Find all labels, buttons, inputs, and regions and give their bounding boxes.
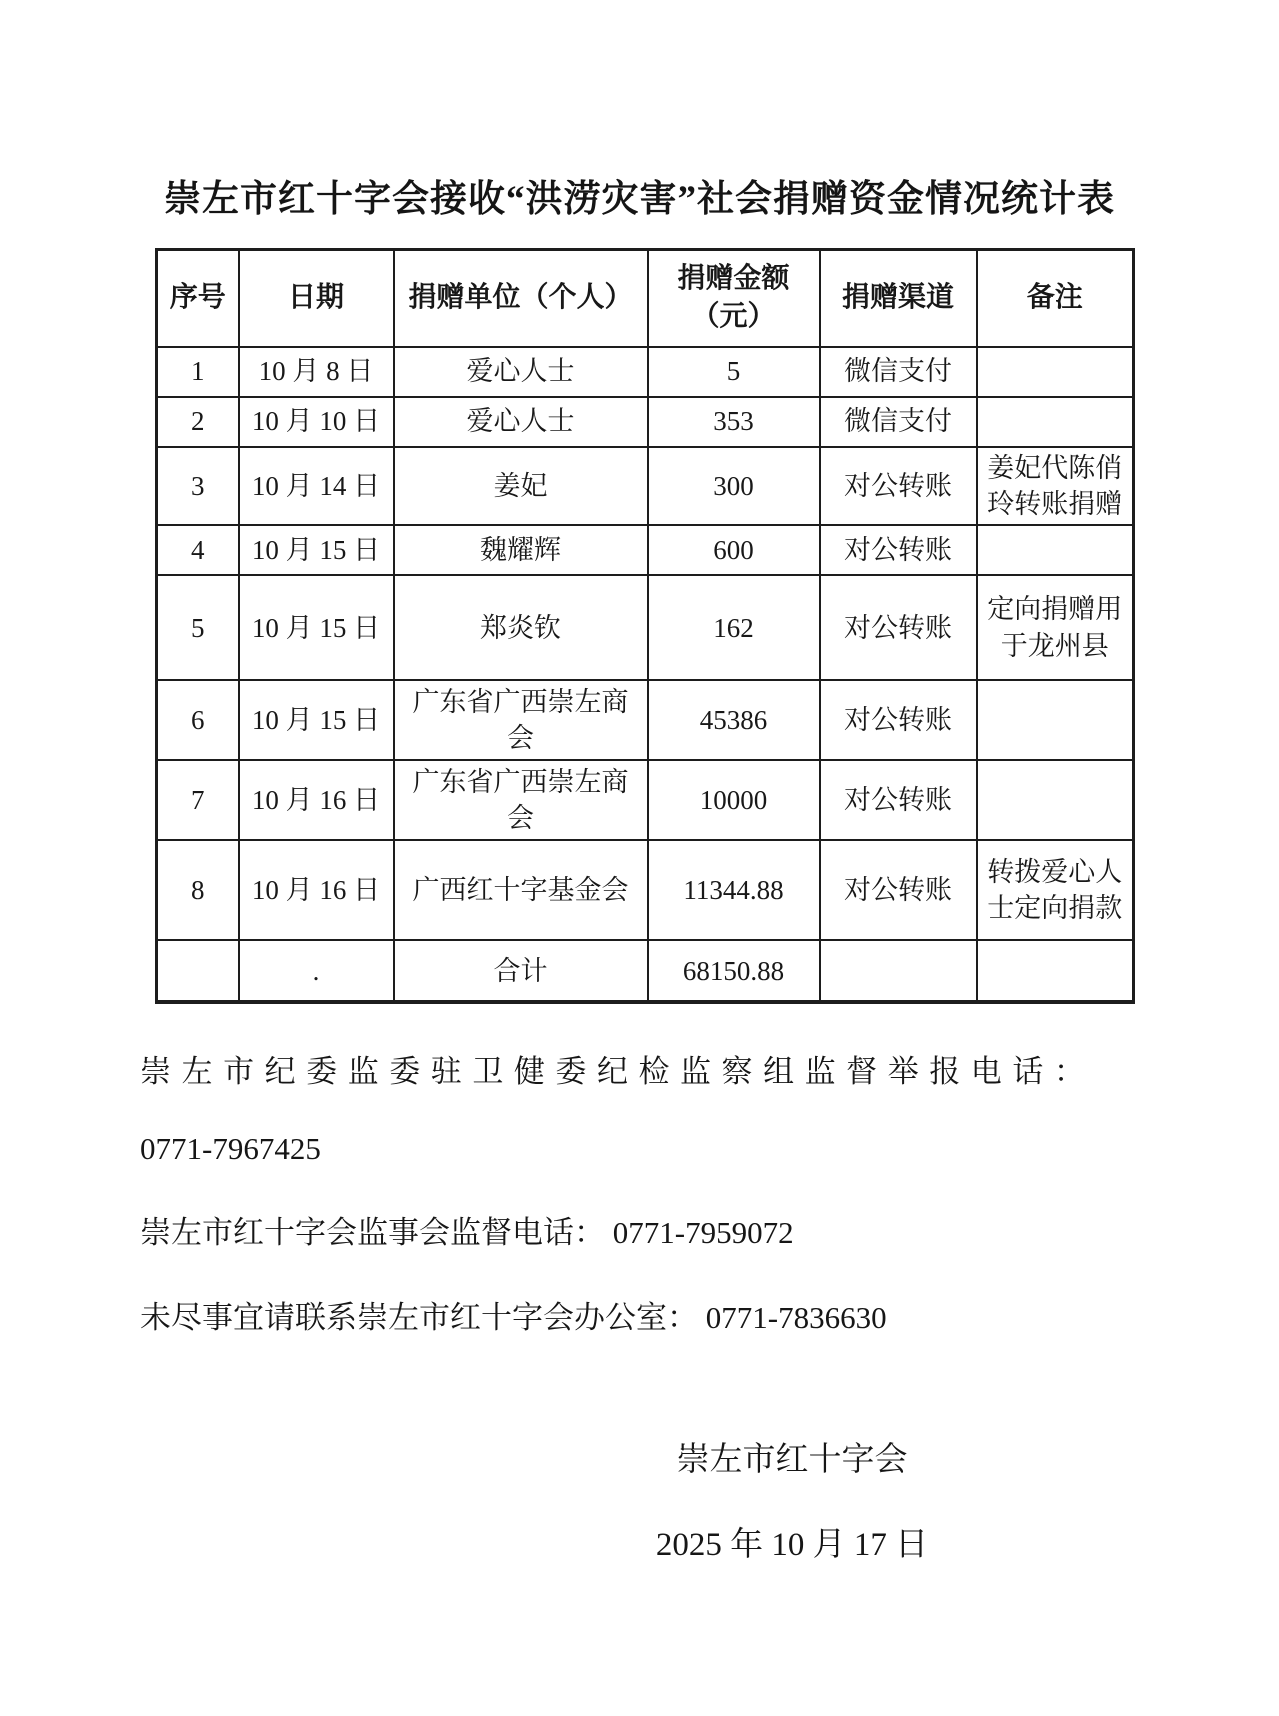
page-title: 崇左市红十字会接收“洪涝灾害”社会捐赠资金情况统计表 — [0, 168, 1279, 222]
signature-date: 2025 年 10 月 17 日 — [512, 1518, 1072, 1565]
table-row: 1 10 月 8 日 爱心人士 5 微信支付 — [157, 347, 1134, 397]
header-channel: 捐赠渠道 — [820, 250, 977, 347]
cell-channel: 对公转账 — [820, 760, 977, 840]
cell-note — [977, 525, 1134, 575]
table-row: 2 10 月 10 日 爱心人士 353 微信支付 — [157, 397, 1134, 447]
table-row: 3 10 月 14 日 姜妃 300 对公转账 姜妃代陈俏玲转账捐赠 — [157, 447, 1134, 526]
cell-note: 定向捐赠用于龙州县 — [977, 575, 1134, 680]
table-row: 8 10 月 16 日 广西红十字基金会 11344.88 对公转账 转拨爱心人… — [157, 840, 1134, 940]
signature-organization: 崇左市红十字会 — [512, 1433, 1072, 1480]
cell-date: 10 月 14 日 — [239, 447, 394, 526]
cell-note — [977, 397, 1134, 447]
cell-no: 4 — [157, 525, 239, 575]
document-page: 崇左市红十字会接收“洪涝灾害”社会捐赠资金情况统计表 序号 日期 捐赠单位（个人… — [0, 0, 1279, 1716]
cell-no — [157, 940, 239, 1002]
cell-amount: 600 — [648, 525, 820, 575]
cell-note — [977, 760, 1134, 840]
supervision-hotline-number: 0771-7967425 — [140, 1131, 1140, 1167]
cell-donor: 广西红十字基金会 — [394, 840, 648, 940]
cell-channel: 对公转账 — [820, 447, 977, 526]
table-row: 5 10 月 15 日 郑炎钦 162 对公转账 定向捐赠用于龙州县 — [157, 575, 1134, 680]
cell-amount: 300 — [648, 447, 820, 526]
cell-donor: 魏耀辉 — [394, 525, 648, 575]
cell-no: 5 — [157, 575, 239, 680]
total-label: 合计 — [394, 940, 648, 1002]
cell-no: 8 — [157, 840, 239, 940]
cell-channel: 对公转账 — [820, 840, 977, 940]
office-contact-phone: 未尽事宜请联系崇左市红十字会办公室： 0771-7836630 — [140, 1292, 1140, 1337]
cell-channel: 微信支付 — [820, 347, 977, 397]
cell-date: 10 月 8 日 — [239, 347, 394, 397]
header-donor: 捐赠单位（个人） — [394, 250, 648, 347]
donation-table-container: 序号 日期 捐赠单位（个人） 捐赠金额 （元） 捐赠渠道 备注 1 10 月 8… — [155, 248, 1132, 1004]
cell-amount: 353 — [648, 397, 820, 447]
cell-no: 1 — [157, 347, 239, 397]
cell-amount: 5 — [648, 347, 820, 397]
cell-date: 10 月 10 日 — [239, 397, 394, 447]
donation-table: 序号 日期 捐赠单位（个人） 捐赠金额 （元） 捐赠渠道 备注 1 10 月 8… — [155, 248, 1135, 1004]
header-date: 日期 — [239, 250, 394, 347]
cell-date: 10 月 16 日 — [239, 760, 394, 840]
cell-channel: 对公转账 — [820, 680, 977, 760]
table-header-row: 序号 日期 捐赠单位（个人） 捐赠金额 （元） 捐赠渠道 备注 — [157, 250, 1134, 347]
signature-block: 崇左市红十字会 2025 年 10 月 17 日 — [512, 1433, 1072, 1565]
cell-date: 10 月 15 日 — [239, 525, 394, 575]
cell-channel: 对公转账 — [820, 575, 977, 680]
cell-amount: 10000 — [648, 760, 820, 840]
header-amount: 捐赠金额 （元） — [648, 250, 820, 347]
cell-amount: 11344.88 — [648, 840, 820, 940]
cell-date: 10 月 16 日 — [239, 840, 394, 940]
table-row: 4 10 月 15 日 魏耀辉 600 对公转账 — [157, 525, 1134, 575]
cell-no: 2 — [157, 397, 239, 447]
cell-donor: 广东省广西崇左商会 — [394, 760, 648, 840]
cell-no: 3 — [157, 447, 239, 526]
board-supervision-phone: 崇左市红十字会监事会监督电话： 0771-7959072 — [140, 1207, 1140, 1252]
cell-note: 转拨爱心人士定向捐款 — [977, 840, 1134, 940]
cell-amount: 45386 — [648, 680, 820, 760]
supervision-info: 崇左市纪委监委驻卫健委纪检监察组监督举报电话： 0771-7967425 崇左市… — [140, 1046, 1140, 1337]
cell-donor: 姜妃 — [394, 447, 648, 526]
header-note: 备注 — [977, 250, 1134, 347]
cell-channel — [820, 940, 977, 1002]
cell-date: 10 月 15 日 — [239, 680, 394, 760]
cell-channel: 对公转账 — [820, 525, 977, 575]
cell-note: 姜妃代陈俏玲转账捐赠 — [977, 447, 1134, 526]
header-no: 序号 — [157, 250, 239, 347]
supervision-hotline-label: 崇左市纪委监委驻卫健委纪检监察组监督举报电话： — [140, 1046, 1140, 1091]
cell-note — [977, 347, 1134, 397]
cell-donor: 爱心人士 — [394, 397, 648, 447]
cell-no: 6 — [157, 680, 239, 760]
table-row: 6 10 月 15 日 广东省广西崇左商会 45386 对公转账 — [157, 680, 1134, 760]
table-total-row: . 合计 68150.88 — [157, 940, 1134, 1002]
cell-donor: 广东省广西崇左商会 — [394, 680, 648, 760]
cell-date: 10 月 15 日 — [239, 575, 394, 680]
cell-date-mark: . — [239, 940, 394, 1002]
cell-donor: 郑炎钦 — [394, 575, 648, 680]
cell-donor: 爱心人士 — [394, 347, 648, 397]
cell-note — [977, 680, 1134, 760]
cell-amount: 162 — [648, 575, 820, 680]
cell-no: 7 — [157, 760, 239, 840]
cell-note — [977, 940, 1134, 1002]
table-row: 7 10 月 16 日 广东省广西崇左商会 10000 对公转账 — [157, 760, 1134, 840]
cell-channel: 微信支付 — [820, 397, 977, 447]
total-amount: 68150.88 — [648, 940, 820, 1002]
